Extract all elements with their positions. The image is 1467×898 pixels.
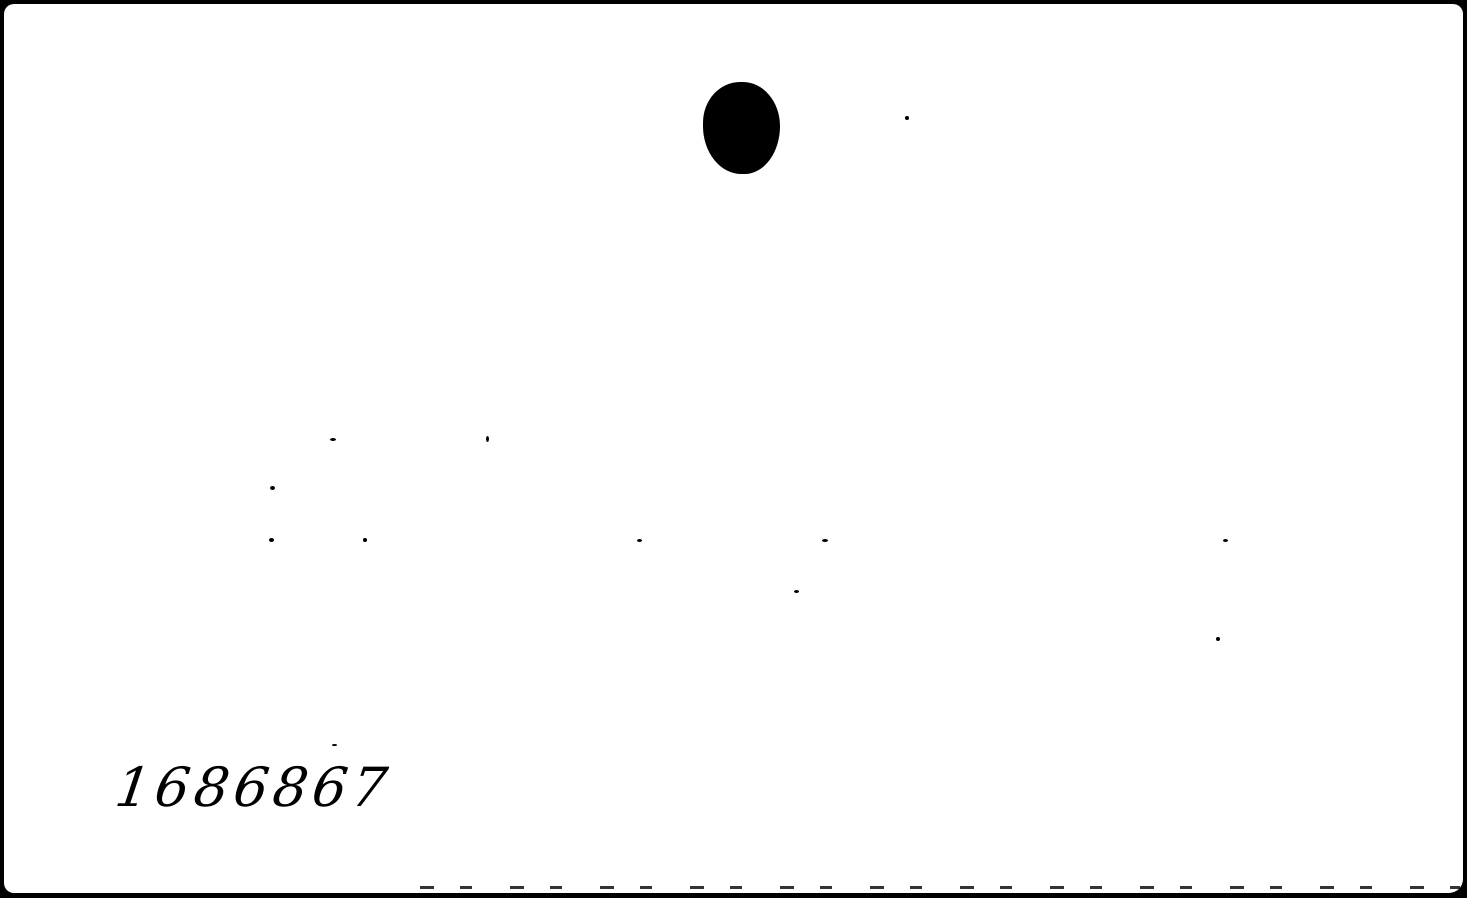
scan-speck [794,590,799,593]
scan-speck [330,438,336,441]
scan-speck [822,539,828,542]
scan-speck [486,436,489,442]
scan-speck [1216,637,1220,641]
scan-speck [332,744,337,746]
scan-speck [269,538,274,542]
scan-speck [363,538,367,542]
punch-hole [703,82,780,174]
scan-edge-noise [420,886,1460,889]
scan-speck [637,539,642,542]
scan-speck [905,116,909,120]
scan-speck [1223,539,1228,542]
handwritten-card-number: 1686867 [112,756,396,819]
scanned-card: 1686867 [4,4,1463,893]
scan-speck [270,486,275,490]
